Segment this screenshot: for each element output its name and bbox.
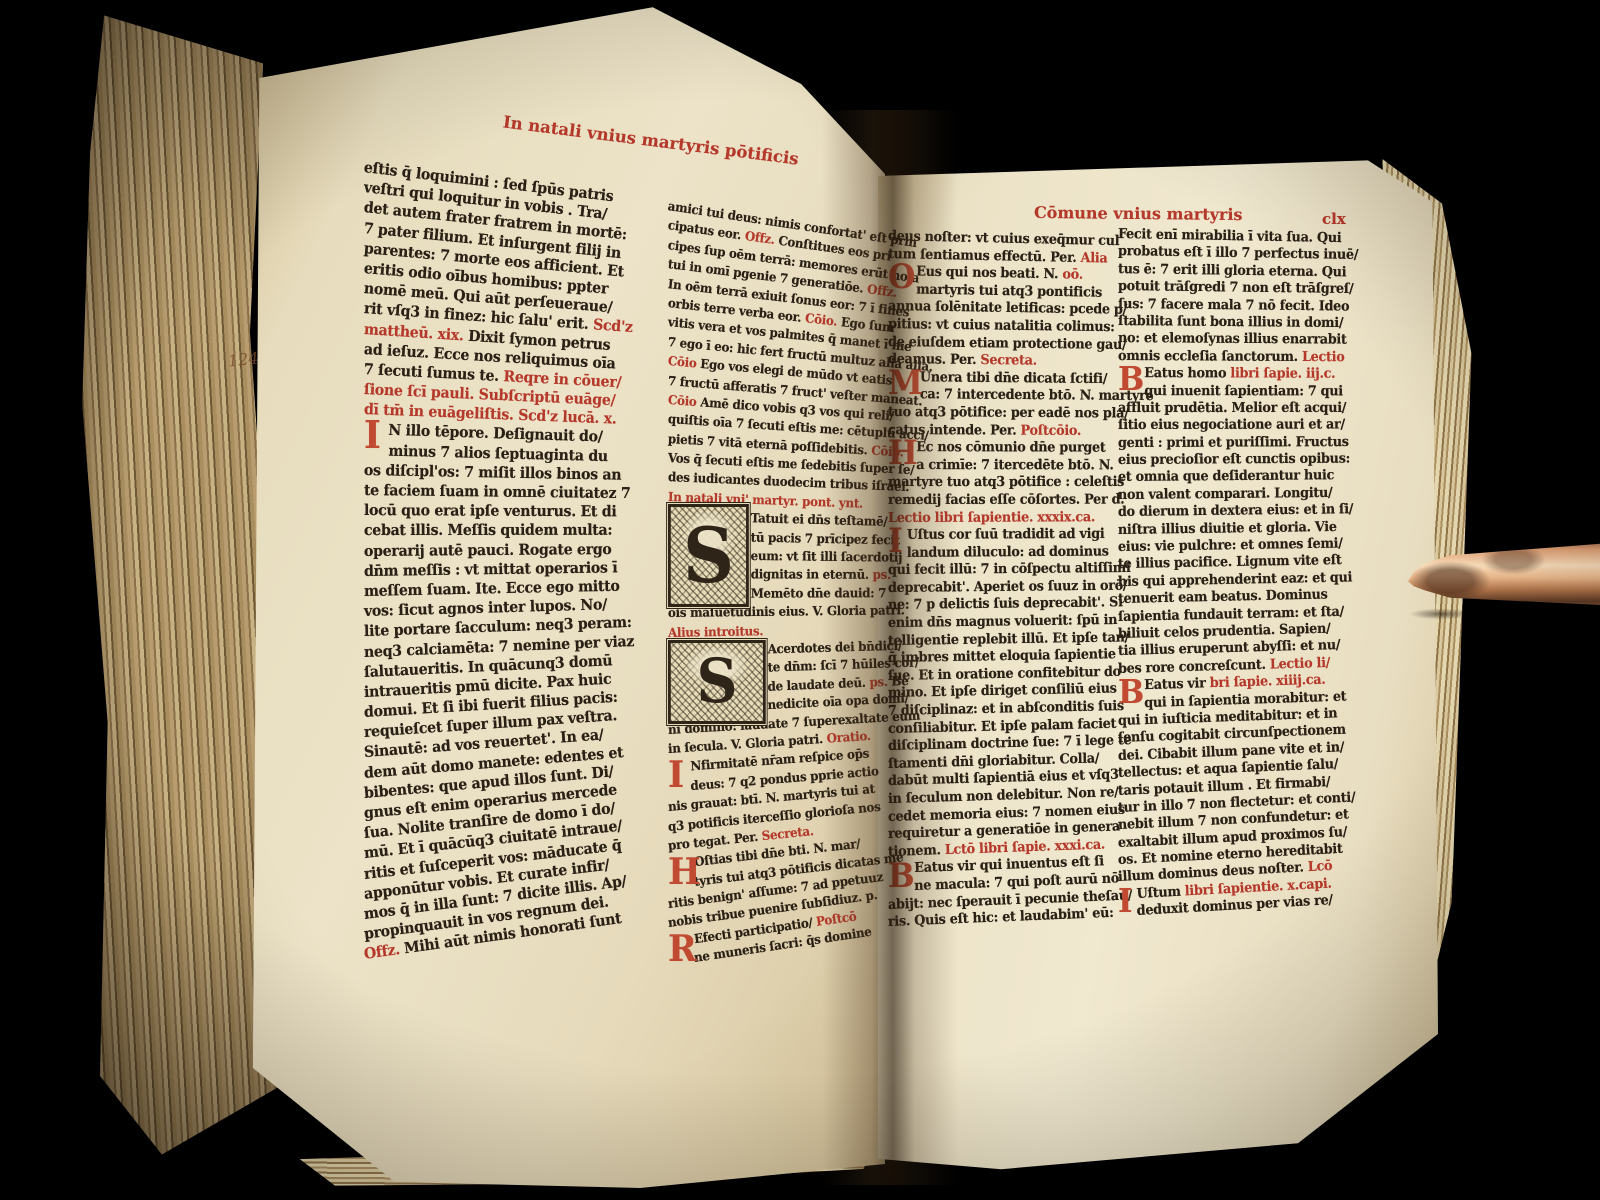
stylus-shadow [1396,606,1486,622]
drop-cap-initial: I [668,757,684,796]
text-line: Ec nos cōmunio dn̄e purget [888,439,1099,457]
body-text: et omnia que deſiderantur huic [1118,468,1334,486]
text-line: tuo atq3 pōtifice: per eadē nos pla/ [888,404,1099,423]
text-line: Lectio libri ſapientie. xxxix.ca. [888,509,1099,527]
text-line: ſitio eius negociatione auri et ar/ [1118,417,1334,435]
right-running-header: Cōmune vnius martyris [1034,203,1243,224]
text-line: Uſtus cor ſuū tradidit ad vigi [888,526,1099,545]
body-text: potuit trāſgredi 7 non eſt trāſgreſ/ [1118,278,1354,297]
handwritten-folio-note: 124 [227,348,259,370]
rubric-text: oō. [1062,267,1083,283]
body-text: tus ē: 7 erit illi gloria eterna. Qui [1118,261,1346,280]
body-text: Ec nos cōmunio dn̄e purget [916,439,1105,456]
body-text: probatus eſt ī illo 7 perfectus inuē/ [1118,243,1358,263]
drop-cap-initial: R [668,931,697,970]
drop-cap-initial: I [888,525,902,560]
text-line: landum diluculo: ad dominus [888,543,1099,562]
body-text: niſtra illius diuitie et gloria. Vie [1118,519,1337,538]
body-text: q̄ imbres mittet eloquia ſapientie [888,646,1116,666]
drop-cap-initial: B [1118,363,1144,398]
woodcut-initial: S [668,504,749,607]
text-line: catus intende. Per. Poſtcōio. [888,422,1099,441]
body-text: deprecabit'. Aperiet os ſuuz in orō/ [888,577,1127,595]
text-line: locū quo erat ipſe venturus. Et di [364,500,646,522]
body-text: Eus qui nos beati. N. [916,264,1062,283]
body-text: operarij autē pauci. Rogate ergo [364,540,612,560]
body-text: tū pacis 7 prīcipez fecit [751,529,900,547]
body-text: omnis eccleſia ſanctorum. [1118,348,1302,365]
left-page-inner-column: SSIHRamici tui deus: nimis confortat' eſ… [668,196,867,972]
drop-cap-initial: B [888,860,914,895]
text-line: remedij facias eſſe cōſortes. Per d. [888,491,1099,509]
body-text: Eatus homo [1144,365,1230,381]
body-text: qui inuenit ſapientiam: 7 qui [1144,383,1343,399]
text-line: et omnia que deſiderantur huic [1118,468,1334,487]
text-line: Eatus homo libri ſapie. iij.c. [1118,365,1334,383]
drop-cap-initial: M [888,367,923,402]
body-text: a crimīe: 7 itercedēte btō. N. [916,457,1113,473]
rubric-text: Lectio li/ [1270,655,1331,673]
rubric-text: Cōio [667,353,700,371]
body-text: ſtabilita ſunt bona illius in domi/ [1118,313,1343,331]
body-text: Uſtum [1136,883,1185,902]
body-text: genti : primi et puriſſimi. Fructus [1118,434,1349,451]
body-text: ſitio eius negociatione auri et ar/ [1118,417,1345,434]
rubric-text: Lcō [1307,858,1332,875]
drop-cap-initial: O [888,261,915,296]
body-text: eius precioſior eſt cunctis opibus: [1118,451,1350,468]
rubric-text: Secreta. [980,352,1037,369]
body-text: cebat illis. Meſſis quidem multa: [364,521,612,539]
body-text: locū quo erat ipſe venturus. Et di [364,501,617,520]
body-text: pitius: vt cuius natalitia colimus: [888,316,1115,335]
body-text: non valent comparari. Longitu/ [1118,485,1333,503]
body-text: ne: 7 p delictis ſuis deprecabit'. Si [888,595,1123,614]
body-text: do dierum in dextera eius: et in ſi/ [1118,501,1353,520]
body-text: remedij facias eſſe cōſortes. Per d. [888,491,1124,507]
body-text: te faciem ſuam in omnē ciuitatez 7 [364,481,631,502]
photo-of-open-missal: In natali vnius martyris pōtificis 124 C… [0,0,1600,1200]
body-text: eum: vt ſit illi ſacerdotij [751,548,903,565]
body-text: Eatus vir [1144,675,1210,693]
body-text: landum diluculo: ad dominus [907,543,1109,560]
drop-cap-initial: I [1118,885,1132,920]
body-text: Uſtus cor ſuū tradidit ad vigi [907,526,1105,543]
drop-cap-initial: H [668,854,700,893]
body-text: tuo atq3 pōtifice: per eadē nos pla/ [888,404,1129,421]
body-text: martyre tuo atq3 pōtifice : celeſtis [888,474,1124,490]
text-line: no: et elemoſynas illius enarrabit [1118,330,1334,349]
text-line: potuit trāſgredi 7 non eſt trāſgreſ/ [1118,278,1334,298]
drop-cap-initial: H [888,437,917,472]
body-text: dignitas in eternū. [751,567,873,582]
body-text: enim dn̄s magnus voluerit: ſpū in [888,612,1117,631]
left-page-outer-column: Ieſtis q̄ loquimini : ſed ſpūs patrisveſ… [364,157,646,965]
body-text: affluit prudētia. Melior eſt acqui/ [1118,400,1346,416]
rubric-text: Cōio [668,392,701,409]
body-text: de eiuſdem etiam protectione gau/ [888,334,1127,353]
drop-cap-initial: B [1118,676,1144,711]
text-line: martyre tuo atq3 pōtifice : celeſtis [888,474,1099,492]
text-line: a crimīe: 7 itercedēte btō. N. [888,457,1099,475]
right-page-outer-column: BBIFecit enī mirabilia ī vita ſua. Quipr… [1118,226,1334,922]
text-line: affluit prudētia. Melior eſt acqui/ [1118,400,1334,417]
right-page-inner-column: OMHIBdeus noſter: vt cuius exeq̄mur cult… [888,228,1099,932]
rubric-text: bri ſapie. xiiij.ca. [1210,672,1326,692]
body-text: Tatuit ei dn̄s teſtamē/ [751,510,888,529]
text-line: qui fecit illū: 7 in cōſpectu altiſſimi [888,560,1099,579]
rubric-text: libri ſapie. iij.c. [1230,365,1335,381]
rubric-text: Poſtcōio. [1021,422,1082,438]
body-text: martyris tui atq3 pontificis [916,281,1102,300]
rubric-text: Lectio [1302,349,1345,365]
body-text: Memēto dn̄e dauid: 7 [751,585,886,601]
rubric-text: Offz. [363,940,405,963]
body-text: no: et elemoſynas illius enarrabit [1118,330,1347,348]
woodcut-initial: S [668,640,766,724]
text-line: genti : primi et puriſſimi. Fructus [1118,434,1334,452]
text-line: omnis eccleſia ſanctorum. Lectio [1118,348,1334,367]
rubric-text: Alius introitus. [668,623,763,640]
body-text: qui fecit illū: 7 in cōſpectu altiſſimi [888,560,1131,578]
rubric-text: Alia [1080,250,1107,267]
text-line: qui inuenit ſapientiam: 7 qui [1118,383,1334,401]
body-text: annua ſolēnitate letificas: pcede p/ [888,298,1127,318]
text-line: cebat illis. Meſſis quidem multa: [364,520,646,541]
body-text: ſus: 7 facere mala 7 nō fecit. Ideo [1118,296,1349,315]
body-text: Unera tibi dn̄e dicata ſctifi/ [920,369,1107,387]
drop-cap-initial: I [364,418,381,458]
rubric-text: Lectio libri ſapientie. xxxix.ca. [888,509,1095,526]
